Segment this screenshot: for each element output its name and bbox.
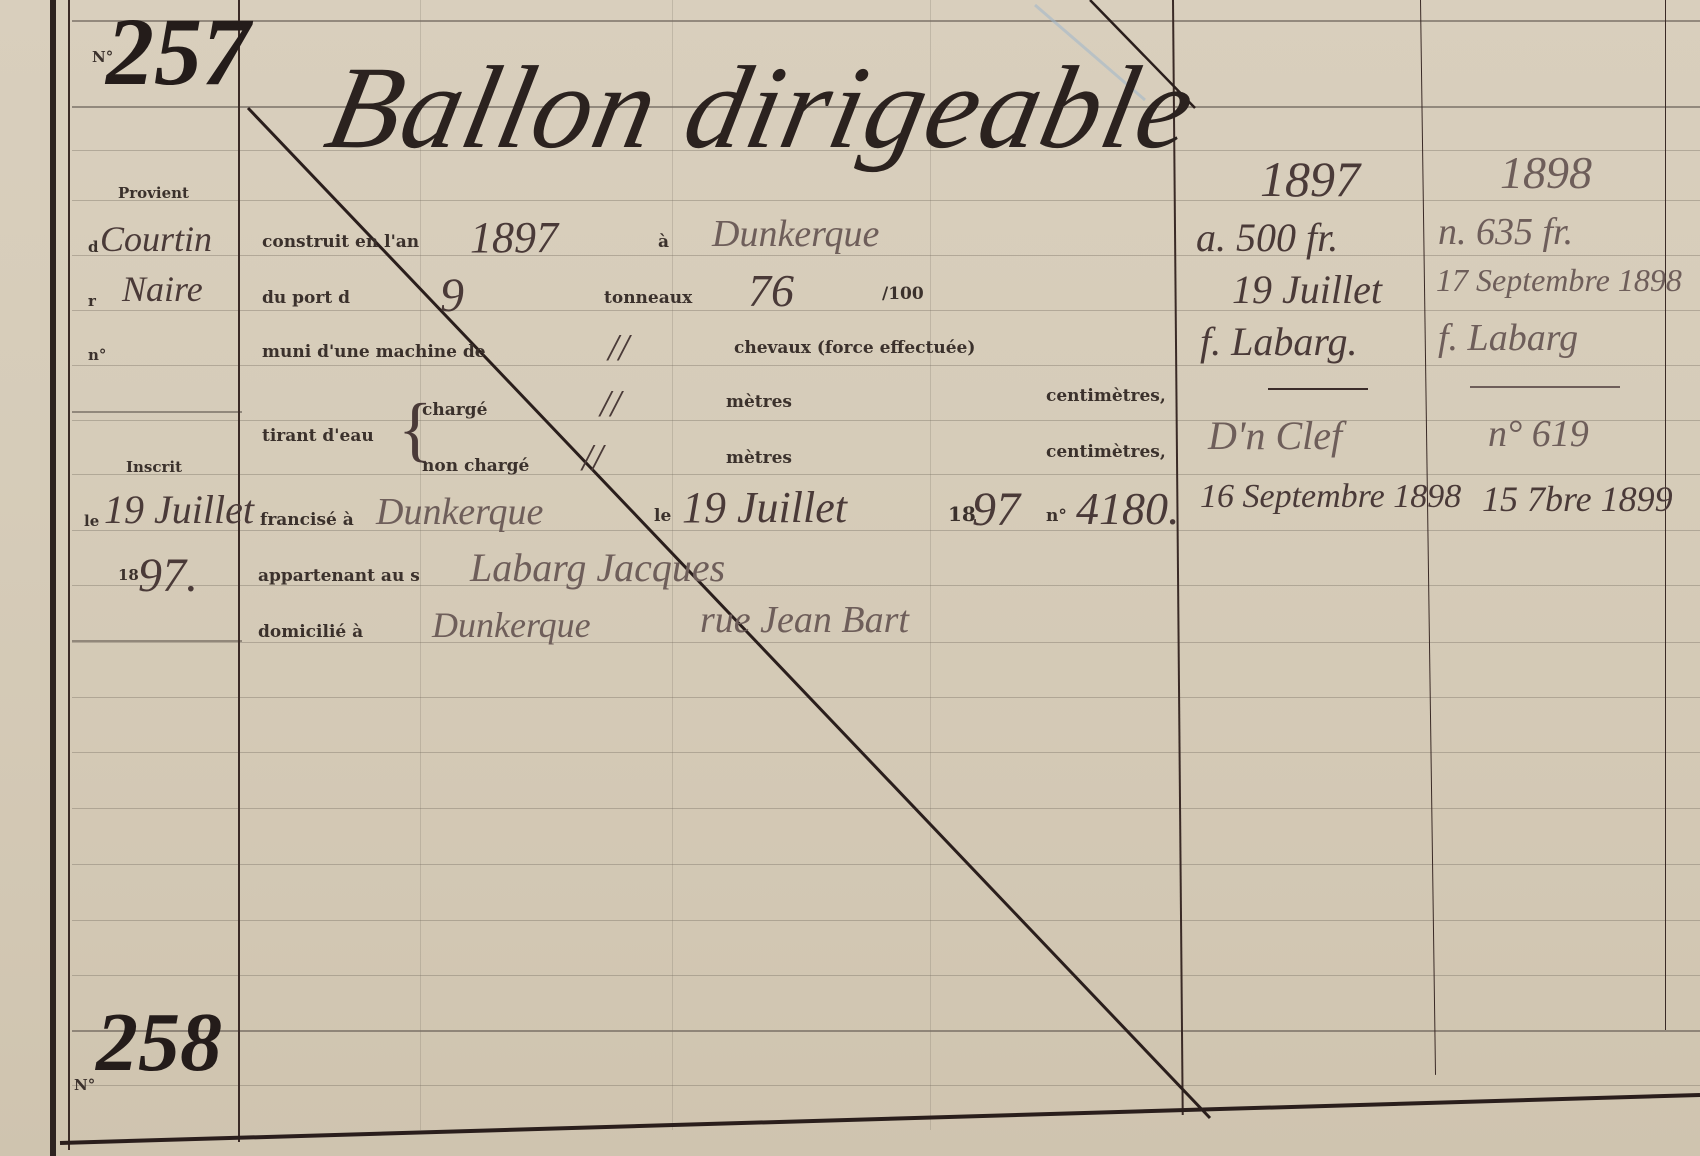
construit-label: construit en l'an bbox=[262, 232, 419, 252]
col1897-line5: 16 Septembre 1898 bbox=[1200, 478, 1461, 516]
next-entry-number: 258 bbox=[96, 994, 222, 1091]
entry-number: 257 bbox=[106, 0, 250, 107]
col1897-line3: f. Labarg. bbox=[1200, 318, 1357, 365]
domicile-street: rue Jean Bart bbox=[700, 598, 909, 642]
provient-d-label: d bbox=[88, 238, 99, 256]
domicile-value: Dunkerque bbox=[432, 604, 591, 646]
construit-year: 1897 bbox=[470, 212, 558, 263]
metres-label-non-charge: mètres bbox=[726, 448, 792, 468]
col1897-underline bbox=[1268, 388, 1368, 390]
col1898-line3: f. Labarg bbox=[1438, 316, 1578, 360]
appartenant-label: appartenant au s bbox=[258, 566, 420, 586]
provient-r-value: Naire bbox=[122, 268, 203, 310]
a-label: à bbox=[658, 232, 669, 252]
francise-le-label: le bbox=[654, 506, 671, 526]
provient-r-label: r bbox=[88, 292, 96, 310]
tirant-label: tirant d'eau bbox=[262, 426, 374, 446]
col1897-line4: D'n Clef bbox=[1208, 412, 1342, 459]
inscrit-label: Inscrit bbox=[126, 458, 182, 476]
metres-label-charge: mètres bbox=[726, 392, 792, 412]
tonneaux-value: 76 bbox=[748, 264, 794, 317]
ledger-page: N° 257 Ballon dirigeable Provient d Cour… bbox=[0, 0, 1700, 1156]
col1898-underline bbox=[1470, 386, 1620, 388]
provient-d-value: Courtin bbox=[100, 218, 212, 260]
francise-date: 19 Juillet bbox=[682, 482, 847, 533]
machine-label: muni d'une machine de bbox=[262, 342, 486, 362]
col1898-line1: n. 635 fr. bbox=[1438, 210, 1573, 254]
col1898-year: 1898 bbox=[1500, 146, 1592, 199]
col1897-year: 1897 bbox=[1260, 150, 1360, 208]
construit-place: Dunkerque bbox=[712, 212, 879, 256]
machine-value: // bbox=[608, 326, 629, 370]
col1898-line5: 15 7bre 1899 bbox=[1482, 478, 1673, 520]
inscrit-year-suffix: 97. bbox=[138, 548, 198, 603]
chevaux-label: chevaux (force effectuée) bbox=[734, 338, 975, 358]
tonneaux-label: tonneaux bbox=[604, 288, 692, 308]
centimetres-label-non-charge: centimètres, bbox=[1046, 442, 1166, 462]
tonneaux-fraction: /100 bbox=[882, 284, 924, 304]
col1897-line2: 19 Juillet bbox=[1232, 266, 1382, 313]
port-value: 9 bbox=[440, 268, 464, 323]
next-entry-number-label: N° bbox=[74, 1076, 95, 1094]
col1898-line4: n° 619 bbox=[1488, 412, 1589, 456]
francise-place: Dunkerque bbox=[376, 490, 543, 534]
port-label: du port d bbox=[262, 288, 350, 308]
francise-label: francisé à bbox=[260, 510, 354, 530]
francise-no-label: n° bbox=[1046, 506, 1067, 526]
provient-label: Provient bbox=[118, 184, 189, 202]
vessel-name: Ballon dirigeable bbox=[316, 40, 1208, 176]
inscrit-year-prefix: 18 bbox=[118, 566, 139, 584]
francise-no-value: 4180. bbox=[1076, 482, 1180, 535]
charge-value: // bbox=[600, 382, 621, 426]
centimetres-label-charge: centimètres, bbox=[1046, 386, 1166, 406]
non-charge-value: // bbox=[582, 436, 603, 480]
inscrit-date: 19 Juillet bbox=[104, 486, 254, 533]
col1897-line1: a. 500 fr. bbox=[1196, 214, 1338, 261]
owner-name: Labarg Jacques bbox=[470, 544, 725, 591]
francise-year-suffix: 97 bbox=[972, 482, 1020, 537]
inscrit-le-label: le bbox=[84, 512, 99, 530]
domicile-label: domicilié à bbox=[258, 622, 363, 642]
non-charge-label: non chargé bbox=[422, 456, 529, 476]
col1898-line2: 17 Septembre 1898 bbox=[1436, 262, 1682, 299]
n-label: n° bbox=[88, 346, 106, 364]
